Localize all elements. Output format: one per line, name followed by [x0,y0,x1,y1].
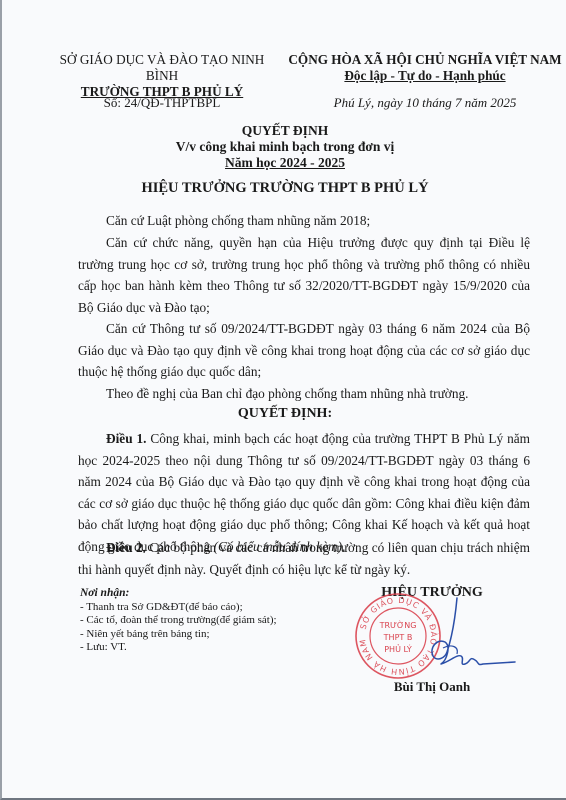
recipient-item: - Các tổ, đoàn thể trong trường(để giám … [80,614,277,628]
article-1-text: Công khai, minh bạch các hoạt động của t… [78,431,530,554]
preamble-3: Căn cứ Thông tư số 09/2024/TT-BGDĐT ngày… [78,318,530,383]
motto: Độc lập - Tự do - Hạnh phúc [282,68,566,84]
recipient-item: - Niên yết bảng trên bảng tin; [80,628,277,642]
document-number: Số: 24/QĐ-THPTBPL [42,95,282,111]
signature-icon [407,590,517,685]
issuing-authority: SỞ GIÁO DỤC VÀ ĐÀO TẠO NINH BÌNH TRƯỜNG … [42,52,282,100]
title-school-year: Năm học 2024 - 2025 [2,155,566,171]
signer-name: Bùi Thị Oanh [342,679,522,695]
decision-heading: QUYẾT ĐỊNH: [2,406,566,422]
article-2: Điều 2. Các bộ phận và các cá nhân trong… [78,537,530,580]
title-type: QUYẾT ĐỊNH [2,123,566,139]
country-name: CỘNG HÒA XÃ HỘI CHỦ NGHĨA VIỆT NAM [282,52,566,68]
preamble-4: Theo đề nghị của Ban chỉ đạo phòng chống… [78,383,530,405]
recipient-item: - Thanh tra Sở GD&ĐT(để báo cáo); [80,601,277,615]
document-page: SỞ GIÁO DỤC VÀ ĐÀO TẠO NINH BÌNH TRƯỜNG … [0,0,566,800]
preamble-1: Căn cứ Luật phòng chống tham nhũng năm 2… [78,210,530,232]
article-2-label: Điều 2. [106,540,146,555]
national-motto: CỘNG HÒA XÃ HỘI CHỦ NGHĨA VIỆT NAM Độc l… [282,52,566,84]
recipients-heading: Nơi nhận: [80,587,277,601]
issuer-heading: HIỆU TRƯỞNG TRƯỜNG THPT B PHỦ LÝ [2,180,566,197]
place-date: Phú Lý, ngày 10 tháng 7 năm 2025 [282,95,566,111]
article-2-text: Các bộ phận và các cá nhân trong trường … [78,540,530,577]
article-1-label: Điều 1. [106,431,146,446]
department-name: SỞ GIÁO DỤC VÀ ĐÀO TẠO NINH BÌNH [42,52,282,84]
document-title: QUYẾT ĐỊNH V/v công khai minh bạch trong… [2,123,566,171]
recipient-item: - Lưu: VT. [80,641,277,655]
recipients: Nơi nhận: - Thanh tra Sở GD&ĐT(để báo cá… [80,587,277,655]
preamble-2: Căn cứ chức năng, quyền hạn của Hiệu trư… [78,232,530,318]
title-subject: V/v công khai minh bạch trong đơn vị [2,139,566,155]
